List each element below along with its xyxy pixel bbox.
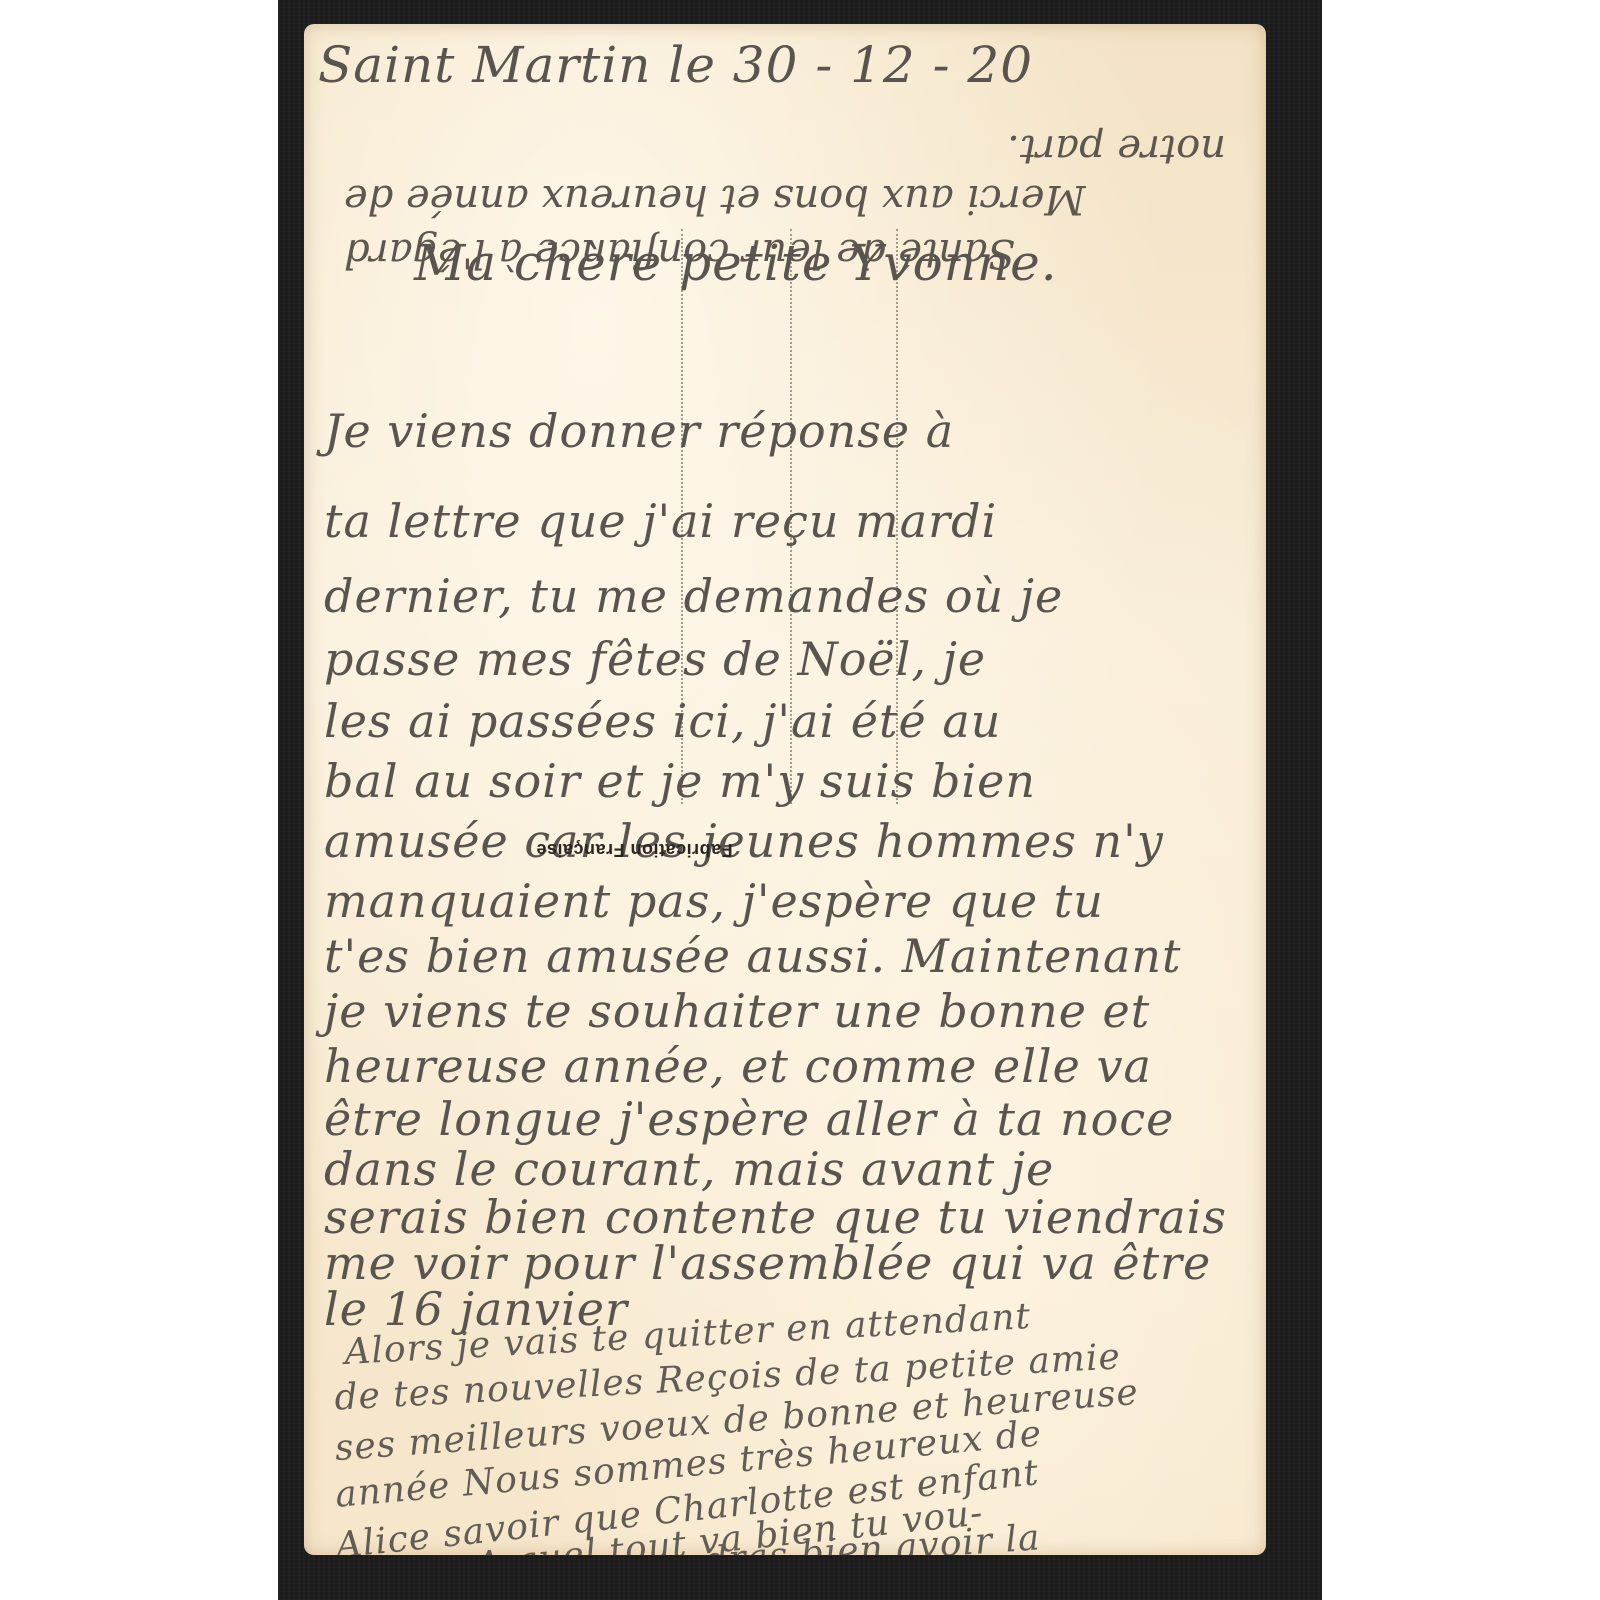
body-line: Je viens donner réponse à (324, 404, 954, 458)
body-line: passe mes fêtes de Noël, je (324, 632, 986, 686)
body-line: les ai passées ici, j'ai été au (324, 694, 1001, 748)
upside-note-line-2: Merci aux bons et heureux année de (344, 176, 1085, 222)
salutation: Ma chère petite Yvonne. (414, 234, 1058, 292)
body-line: je viens te souhaiter une bonne et (324, 984, 1150, 1038)
body-line: heureuse année, et comme elle va (324, 1039, 1152, 1093)
postcard: Saint Martin le 30 - 12 - 20 Santé de le… (304, 24, 1266, 1555)
body-line: être longue j'espère aller à ta noce (324, 1092, 1174, 1146)
imprint-label: Fabrication Française (536, 839, 733, 860)
body-line: ta lettre que j'ai reçu mardi (324, 494, 997, 548)
body-line: dans le courant, mais avant je (324, 1142, 1054, 1196)
body-line: t'es bien amusée aussi. Maintenant (324, 929, 1182, 983)
body-line: dernier, tu me demandes où je (324, 569, 1063, 623)
body-line: manquaient pas, j'espère que tu (324, 874, 1104, 928)
place-date: Saint Martin le 30 - 12 - 20 (318, 36, 1033, 94)
upside-note-line-3: notre part. (1007, 126, 1226, 172)
body-line: amusée car les jeunes hommes n'y (324, 814, 1164, 868)
body-line: bal au soir et je m'y suis bien (324, 754, 1036, 808)
